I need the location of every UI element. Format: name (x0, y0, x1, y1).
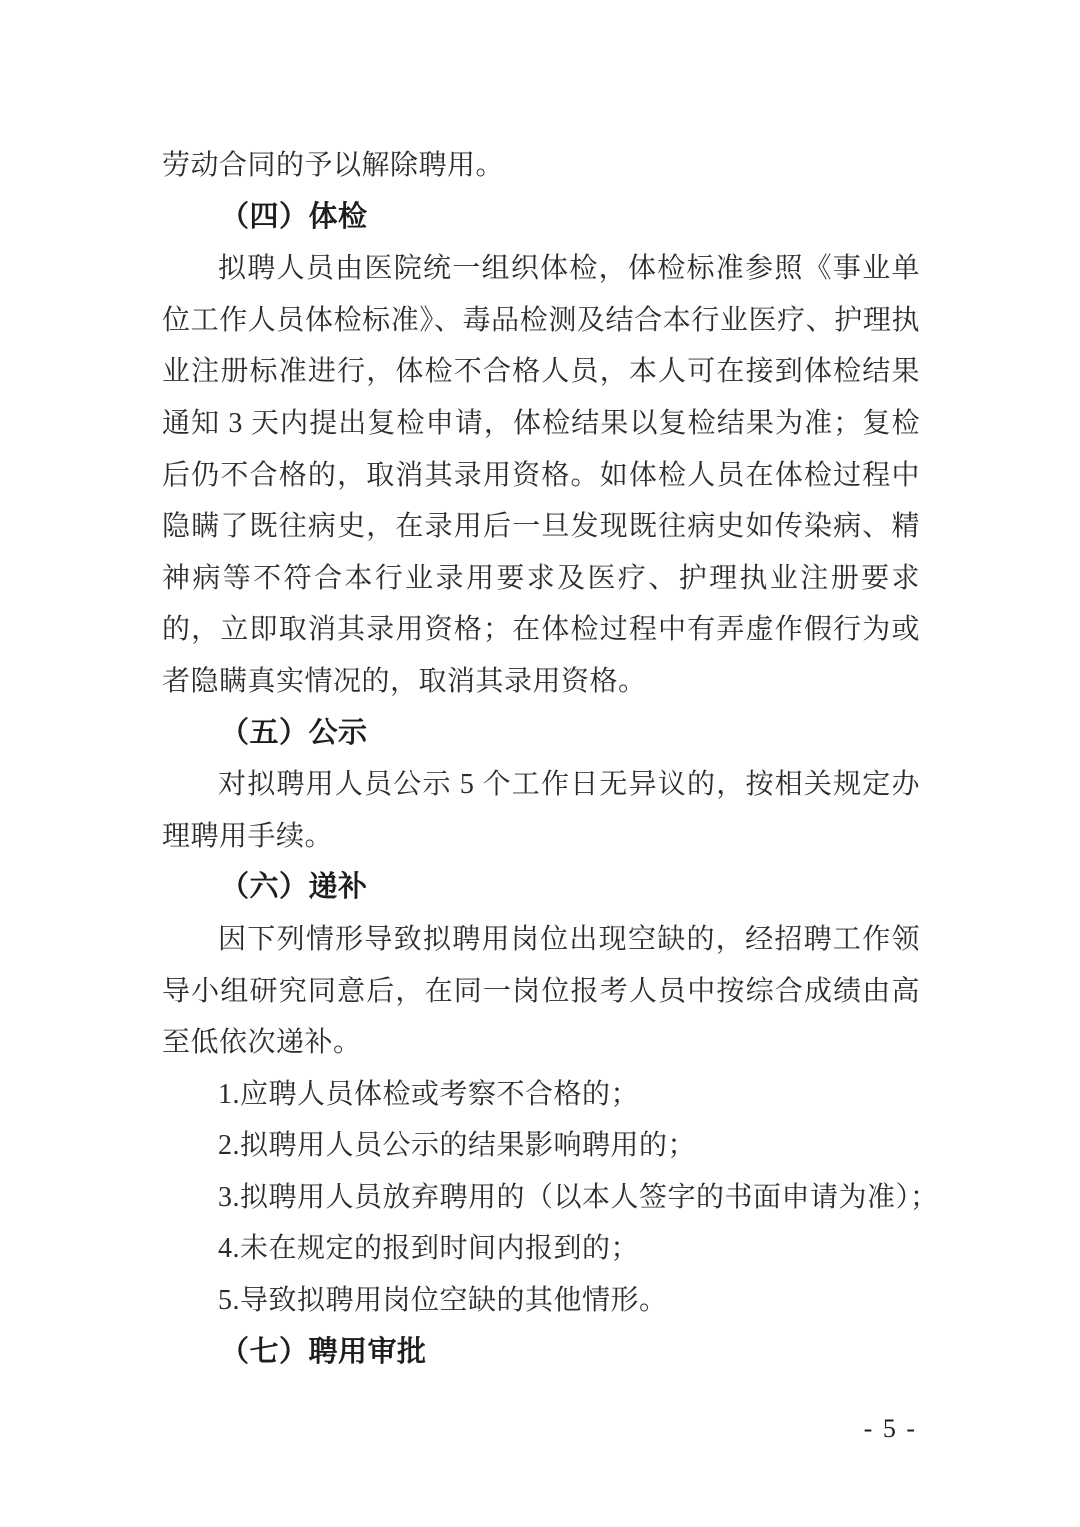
paragraph-replacement: 因下列情形导致拟聘用岗位出现空缺的，经招聘工作领导小组研究同意后，在同一岗位报考… (162, 914, 920, 1069)
list-item-1: 1.应聘人员体检或考察不合格的； (162, 1069, 920, 1121)
section-heading-public-notice: （五）公示 (162, 708, 920, 760)
paragraph-continuation: 劳动合同的予以解除聘用。 (162, 140, 920, 192)
section-heading-replacement: （六）递补 (162, 862, 920, 914)
paragraph-physical-exam: 拟聘人员由医院统一组织体检，体检标准参照《事业单位工作人员体检标准》、毒品检测及… (162, 243, 920, 707)
list-item-4: 4.未在规定的报到时间内报到的； (162, 1223, 920, 1275)
section-heading-employment-approval: （七）聘用审批 (162, 1327, 920, 1379)
section-heading-physical-exam: （四）体检 (162, 192, 920, 244)
list-item-5: 5.导致拟聘用岗位空缺的其他情形。 (162, 1275, 920, 1327)
list-item-2: 2.拟聘用人员公示的结果影响聘用的； (162, 1120, 920, 1172)
document-page: 劳动合同的予以解除聘用。 （四）体检 拟聘人员由医院统一组织体检，体检标准参照《… (0, 0, 1080, 1527)
list-item-3: 3.拟聘用人员放弃聘用的（以本人签字的书面申请为准）； (162, 1172, 920, 1224)
document-body: 劳动合同的予以解除聘用。 （四）体检 拟聘人员由医院统一组织体检，体检标准参照《… (162, 140, 920, 1378)
paragraph-public-notice: 对拟聘用人员公示 5 个工作日无异议的，按相关规定办理聘用手续。 (162, 759, 920, 862)
page-number: - 5 - (864, 1412, 917, 1446)
